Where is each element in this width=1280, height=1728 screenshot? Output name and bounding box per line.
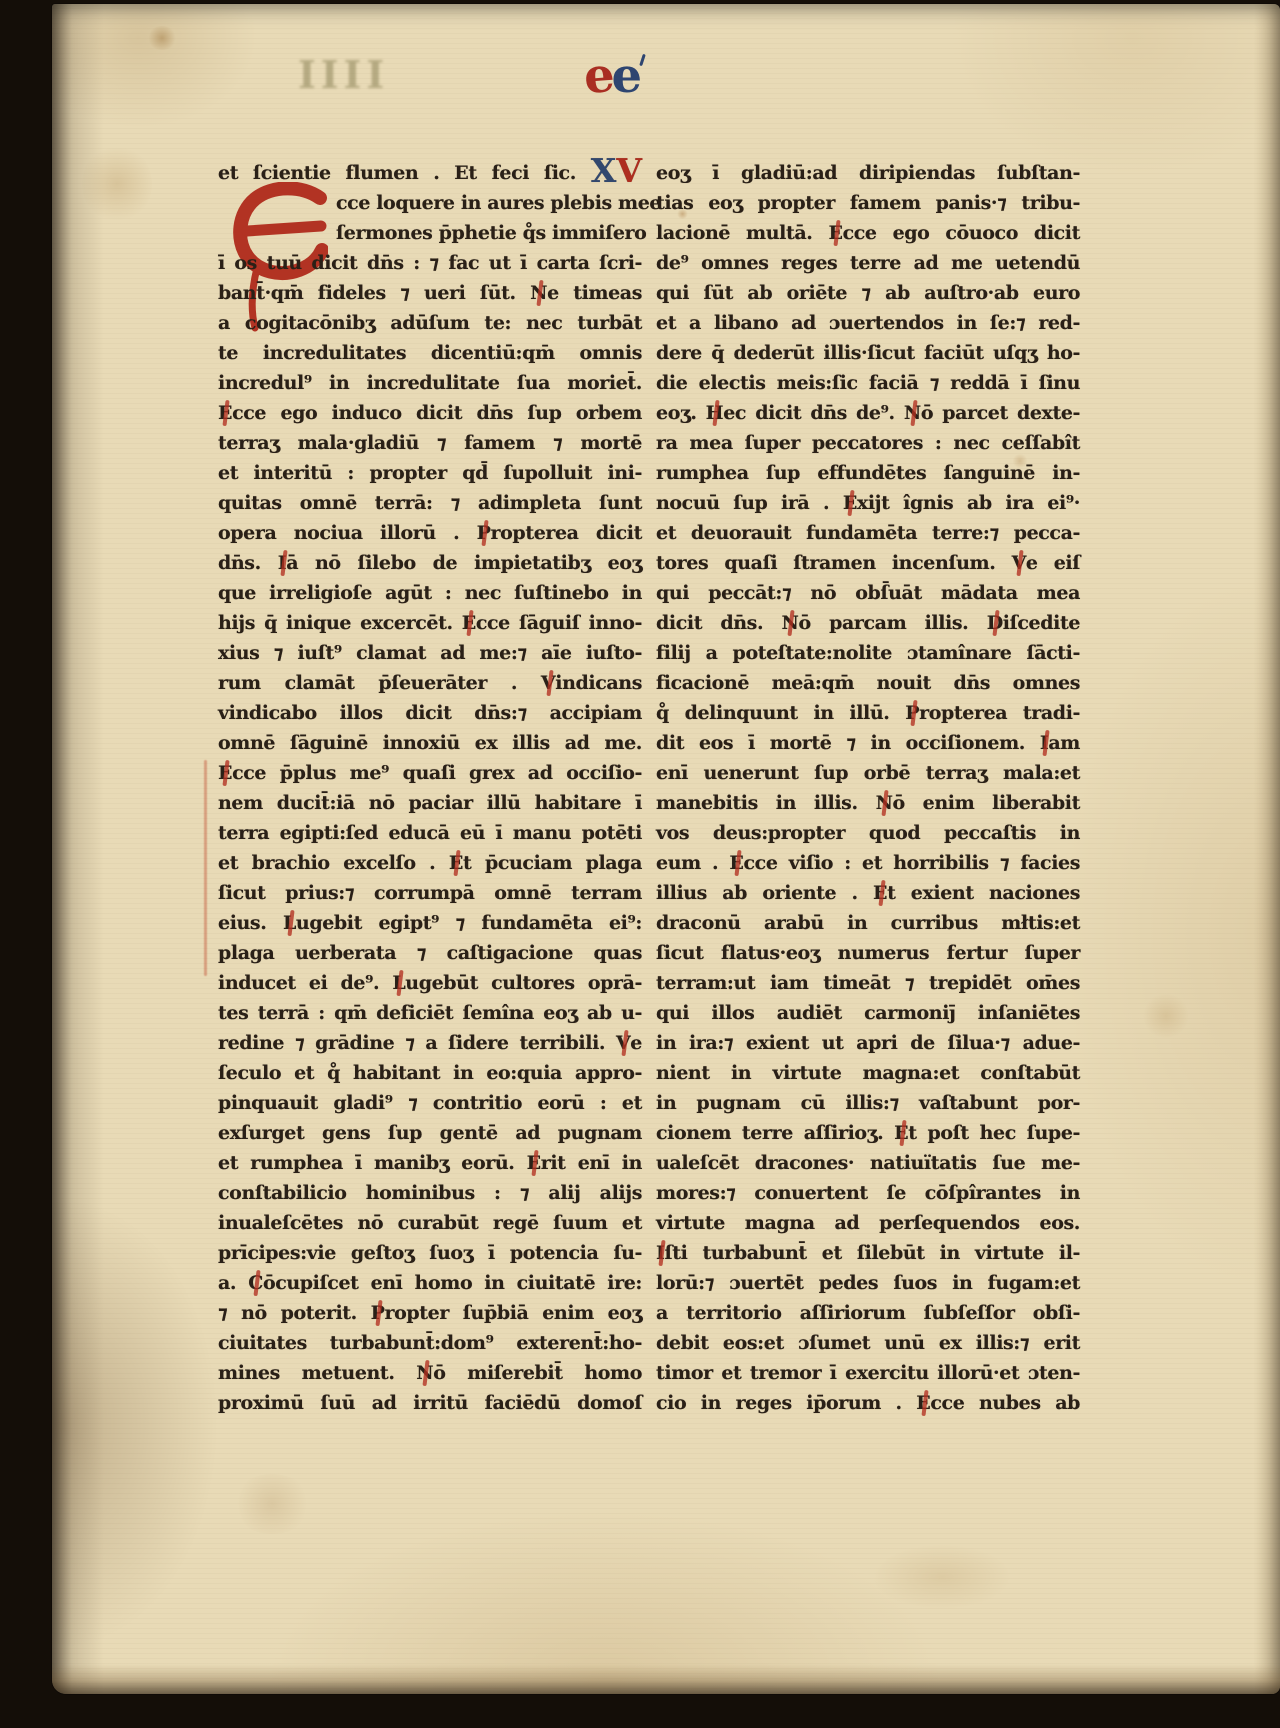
text-line: rum clamāt p̄ſeuerāter . Vindicans	[218, 668, 642, 698]
text-line: ſeculo et q̊ habitant in eo:quia appro-	[218, 1058, 642, 1088]
text-line: vindicabo illos dicit dn̄s:⁊ accipiam	[218, 698, 642, 728]
text-line: tores quaſi ſtramen incenſum. Ve eiſ	[656, 548, 1080, 578]
text-line: eoʒ ī gladiū:ad diripiendas ſubſtan-	[656, 158, 1080, 188]
text-line: qui illos audiēt carmonij̄ inſaniētes	[656, 998, 1080, 1028]
chapter-numeral-letter: X	[591, 151, 617, 190]
text-line: redine ⁊ grādine ⁊ a ſidere terribili. V…	[218, 1028, 642, 1058]
text-line: quitas omnē terrā: ⁊ adimpleta ſunt	[218, 488, 642, 518]
text-line: terra egipti:ſed educā eū ī manu potēti	[218, 818, 642, 848]
folio-watermark: IIII	[298, 52, 389, 97]
text-line: virtute magna ad perſequendos eos.	[656, 1208, 1080, 1238]
text-line: et rumphea ī manibʒ eorū. Erit enī in	[218, 1148, 642, 1178]
text-line: cionem terre aſſirioʒ. Et poſt hec ſupe-	[656, 1118, 1080, 1148]
rubricated-capital: E	[218, 398, 232, 428]
rubricated-capital: E	[527, 1148, 541, 1178]
text-line: ſicut prius:⁊ corrumpā omnē terram	[218, 878, 642, 908]
text-line: rumphea ſup effundētes ſanguinē in-	[656, 458, 1080, 488]
text-line: et brachio excelſo . Et p̄cuciam plaga	[218, 848, 642, 878]
text-line: opera nociua illorū . Propterea dicit	[218, 518, 642, 548]
text-line: plaga uerberata ⁊ caſtigacione quas	[218, 938, 642, 968]
rubricated-capital: N	[876, 788, 893, 818]
text-line: a cogitacōnibʒ adūſum te: nec turbāt	[218, 308, 642, 338]
text-line: ſermones p̄phetie q̊s immiſero	[218, 218, 642, 248]
rubricated-capital: E	[462, 608, 476, 638]
text-line: Iſti turbabunt̄ et ſilebūt in virtute il…	[656, 1238, 1080, 1268]
text-line: et interitū : propter qd̄ ſupolluit ini-	[218, 458, 642, 488]
text-line: xius ⁊ iuſt⁹ clamat ad me:⁊ aīe iuſto-	[218, 638, 642, 668]
text-line: terraʒ mala·gladiū ⁊ famem ⁊ mortē	[218, 428, 642, 458]
text-line: in ira:⁊ exient ut apri de ſilua·⁊ adue-	[656, 1028, 1080, 1058]
text-line: ī os tuū dicit dn̄s : ⁊ fac ut ī carta ſ…	[218, 248, 642, 278]
text-line: in pugnam cū illis:⁊ vaſtabunt por-	[656, 1088, 1080, 1118]
text-line: inualeſcētes nō curabūt regē ſuum et	[218, 1208, 642, 1238]
text-line: die electis meis:ſic faciā ⁊ reddā ī ſin…	[656, 368, 1080, 398]
text-line: ciuitates turbabunt̄:dom⁹ exterent̄:ho-	[218, 1328, 642, 1358]
text-line: que irreligioſe agūt : nec ſuſtinebo in	[218, 578, 642, 608]
stain-spot	[232, 1474, 312, 1534]
text-line: pinquauit gladi⁹ ⁊ contritio eorū : et	[218, 1088, 642, 1118]
text-line: conſtabilicio hominibus : ⁊ alij alijs	[218, 1178, 642, 1208]
text-line: mores:⁊ conuertent ſe cōſpîrantes in	[656, 1178, 1080, 1208]
rubricated-capital: V	[616, 1028, 630, 1058]
text-line: ra mea ſuper peccatores : nec ceſſabît	[656, 428, 1080, 458]
rubricated-capital: H	[706, 398, 724, 428]
text-line: cce loquere in aures plebis mee	[218, 188, 642, 218]
rubricated-capital: L	[283, 908, 296, 938]
rubricated-capital: E	[916, 1388, 930, 1418]
text-line: te incredulitates dicentiū:qm̄ omnis	[218, 338, 642, 368]
rubricated-capital: P	[477, 518, 491, 548]
text-line: ficacionē meā:qm̄ nouit dn̄s omnes	[656, 668, 1080, 698]
rubricated-capital: V	[1012, 548, 1026, 578]
text-line: a territorio aſſiriorum ſubſeſſor obſi-	[656, 1298, 1080, 1328]
rubricated-capital: E	[218, 758, 232, 788]
rubricated-capital: C	[248, 1268, 263, 1298]
text-line: debit eos:et ɔſumet unū ex illis:⁊ erit	[656, 1328, 1080, 1358]
text-line: draconū arabū in curribus młtis:et	[656, 908, 1080, 938]
text-column-left: et ſcientie flumen . Et feci ſic. XVcce …	[218, 158, 642, 1418]
text-line: ualeſcēt dracones· natiuïtatis ſue me-	[656, 1148, 1080, 1178]
text-line: dn̄s. Iā nō ſilebo de impietatibʒ eoʒ	[218, 548, 642, 578]
text-line: omnē ſāguinē innoxiū ex illis ad me.	[218, 728, 642, 758]
text-line: qui ſūt ab oriēte ⁊ ab auſtro·ab euro	[656, 278, 1080, 308]
text-line: dicit dn̄s. Nō parcam illis. Diſcedite	[656, 608, 1080, 638]
text-line: exſurget gens ſup gentē ad pugnam	[218, 1118, 642, 1148]
rubricated-capital: E	[873, 878, 887, 908]
text-line: vos deus:propter quod peccaſtis in	[656, 818, 1080, 848]
running-title: e e	[584, 52, 642, 100]
text-line: tias eoʒ propter famem panis·⁊ tribu-	[656, 188, 1080, 218]
text-line: mines metuent. Nō miſerebit̄ homo	[218, 1358, 642, 1388]
margin-rubric-line	[204, 760, 207, 976]
stain-spot	[872, 1544, 1012, 1610]
text-line: timor et tremor ī exercitu illorū·et ɔte…	[656, 1358, 1080, 1388]
text-line: lacionē multā. Ecce ego cōuoco dicit	[656, 218, 1080, 248]
rubricated-capital: D	[987, 608, 1003, 638]
text-line: manebitis in illis. Nō enim liberabit	[656, 788, 1080, 818]
text-line: q̊ delinquunt in illū. Propterea tradi-	[656, 698, 1080, 728]
rubricated-capital: E	[894, 1118, 908, 1148]
text-line: nocuū ſup irā . Exijt îgnis ab ira ei⁹·	[656, 488, 1080, 518]
text-line: dere q̄ dederūt illis·ſicut faciūt uſqʒ …	[656, 338, 1080, 368]
text-line: illius ab oriente . Et exient naciones	[656, 878, 1080, 908]
text-line: Ecce p̄plus me⁹ quaſi grex ad occiſio-	[218, 758, 642, 788]
text-line: eum . Ecce viſio : et horribilis ⁊ facie…	[656, 848, 1080, 878]
text-line: inducet ei de⁹. Lugebūt cultores oprā-	[218, 968, 642, 998]
stain-spot	[82, 144, 152, 224]
text-line: qui peccāt:⁊ nō obſ̄uāt mādata mea	[656, 578, 1080, 608]
text-line: et ſcientie flumen . Et feci ſic. XV	[218, 158, 642, 188]
rubricated-capital: E	[729, 848, 743, 878]
rubricated-capital: E	[843, 488, 857, 518]
rubricated-capital: P	[371, 1298, 385, 1328]
rubricated-capital: L	[392, 968, 405, 998]
rubricated-capital: E	[449, 848, 463, 878]
text-line: a. Cōcupiſcet enī homo in ciuitatē ire:	[218, 1268, 642, 1298]
text-line: eius. Lugebit egipt⁹ ⁊ fundamēta ei⁹:	[218, 908, 642, 938]
text-line: de⁹ omnes reges terre ad me uetendū	[656, 248, 1080, 278]
text-line: terram:ut iam timeāt ⁊ trepidēt om̄es	[656, 968, 1080, 998]
text-line: eoʒ. Hec dicit dn̄s de⁹. Nō parcet dexte…	[656, 398, 1080, 428]
rubricated-capital: I	[656, 1238, 665, 1268]
rubricated-capital: P	[905, 698, 919, 728]
chapter-numeral-letter: V	[616, 151, 642, 190]
rubricated-capital: N	[904, 398, 921, 428]
text-line: et a libano ad ɔuertendos in ſe:⁊ red-	[656, 308, 1080, 338]
text-line: prīcipes:vie geſtoʒ ſuoʒ ī potencia ſu-	[218, 1238, 642, 1268]
text-column-right: eoʒ ī gladiū:ad diripiendas ſubſtan-tias…	[656, 158, 1080, 1418]
text-line: filij a poteſtate:nolite ɔtamînare ſācti…	[656, 638, 1080, 668]
rubricated-capital: V	[541, 668, 555, 698]
text-line: cio in reges ip̄orum . Ecce nubes ab	[656, 1388, 1080, 1418]
rubricated-capital: N	[530, 278, 547, 308]
text-line: ⁊ nō poterit. Propter ſup̄biā enim eoʒ	[218, 1298, 642, 1328]
text-line: proximū ſuū ad irritū faciēdū domoſ	[218, 1388, 642, 1418]
text-line: incredul⁹ in incredulitate ſua moriet̄.	[218, 368, 642, 398]
text-line: nem ducit̄:iā nō paciar illū habitare ī	[218, 788, 642, 818]
text-line: ſicut flatus·eoʒ numerus fertur ſuper	[656, 938, 1080, 968]
rubricated-capital: I	[1040, 728, 1049, 758]
text-line: nient in virtute magna:et conſtabūt	[656, 1058, 1080, 1088]
stain-spot	[147, 26, 177, 50]
text-line: hijs q̄ inique excercēt. Ecce ſāguiſ inn…	[218, 608, 642, 638]
text-line: dit eos ī mortē ⁊ in occiſionem. Iam	[656, 728, 1080, 758]
text-line: Ecce ego induco dicit dn̄s ſup orbem	[218, 398, 642, 428]
stain-spot	[1142, 994, 1190, 1038]
running-title-letter-blue: e	[612, 52, 643, 100]
rubricated-capital: I	[278, 548, 287, 578]
text-line: bant̄·qm̄ fideles ⁊ ueri ſūt. Ne timeas	[218, 278, 642, 308]
rubricated-capital: E	[828, 218, 842, 248]
text-line: et deuorauit fundamēta terre:⁊ pecca-	[656, 518, 1080, 548]
rubricated-capital: N	[782, 608, 799, 638]
rubricated-capital: N	[416, 1358, 433, 1388]
text-line: tes terrā : qm̄ deficiēt ſemîna eoʒ ab u…	[218, 998, 642, 1028]
text-line: lorū:⁊ ɔuertēt pedes ſuos in fugam:et	[656, 1268, 1080, 1298]
text-line: enī uenerunt ſup orbē terraʒ mala:et	[656, 758, 1080, 788]
